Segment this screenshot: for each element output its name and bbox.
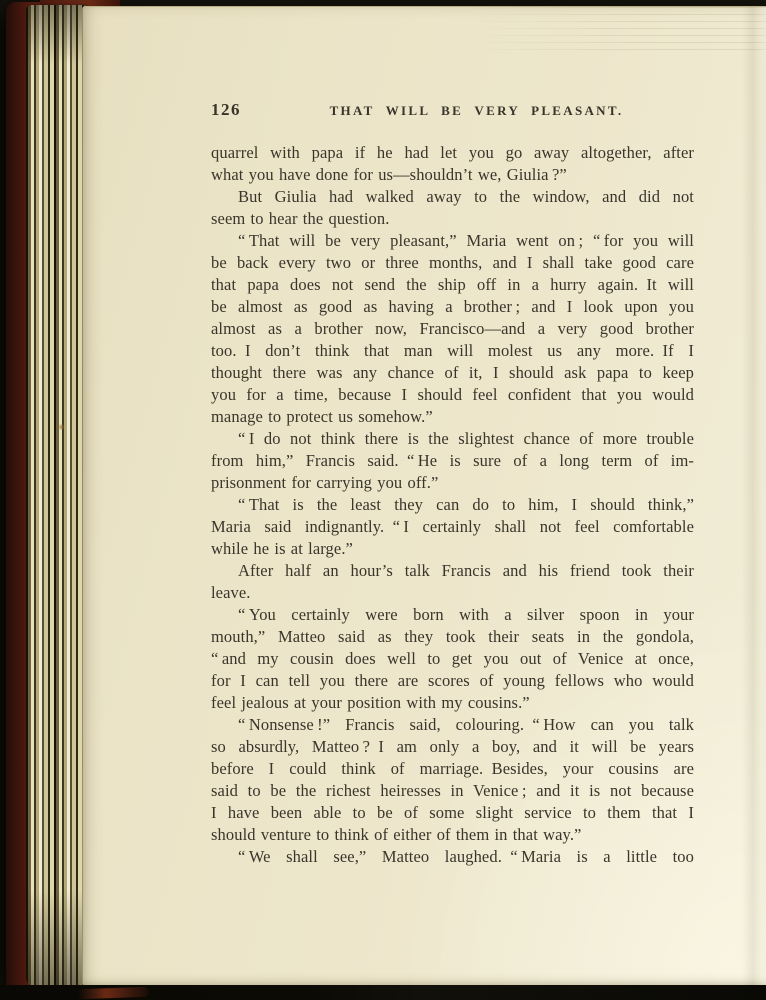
text-line: almost as a brother now, Francisco—and a… bbox=[211, 318, 694, 340]
text-line: mouth,” Matteo said as they took their s… bbox=[211, 626, 694, 648]
text-line: After half an hour’s talk Francis and hi… bbox=[211, 560, 694, 582]
text-line: Maria said indignantly. “ I certainly sh… bbox=[211, 516, 694, 538]
text-line: “ That is the least they can do to him, … bbox=[211, 494, 694, 516]
text-line: “ That will be very pleasant,” Maria wen… bbox=[211, 230, 694, 252]
text-line: “ We shall see,” Matteo laughed. “ Maria… bbox=[211, 846, 694, 868]
text-line: so absurdly, Matteo ? I am only a boy, a… bbox=[211, 736, 694, 758]
text-line: “ Nonsense !” Francis said, colouring. “… bbox=[211, 714, 694, 736]
text-line: “ You certainly were born with a silver … bbox=[211, 604, 694, 626]
text-line: too. I don’t think that man will molest … bbox=[211, 340, 694, 362]
text-line: for I can tell you there are scores of y… bbox=[211, 670, 694, 692]
text-line: thought there was any chance of it, I sh… bbox=[211, 362, 694, 384]
text-line: “ and my cousin does well to get you out… bbox=[211, 648, 694, 670]
page-number: 126 bbox=[211, 100, 259, 120]
text-line: that papa does not send the ship off in … bbox=[211, 274, 694, 296]
body-text: quarrel with papa if he had let you go a… bbox=[211, 142, 694, 868]
text-line: should venture to think of either of the… bbox=[211, 824, 694, 846]
text-line: “ I do not think there is the slightest … bbox=[211, 428, 694, 450]
text-line: feel jealous at your position with my co… bbox=[211, 692, 694, 714]
page-stain-speck bbox=[58, 424, 65, 430]
text-line: be back every two or three months, and I… bbox=[211, 252, 694, 274]
text-line: from him,” Francis said. “ He is sure of… bbox=[211, 450, 694, 472]
book-page: 126 THAT WILL BE VERY PLEASANT. quarrel … bbox=[82, 6, 766, 985]
page-header: 126 THAT WILL BE VERY PLEASANT. bbox=[211, 100, 694, 120]
text-line: you for a time, because I should feel co… bbox=[211, 384, 694, 406]
text-line: manage to protect us somehow.” bbox=[211, 406, 694, 428]
stacked-page-edges bbox=[26, 5, 86, 989]
text-line: before I could think of marriage. Beside… bbox=[211, 758, 694, 780]
text-line: while he is at large.” bbox=[211, 538, 694, 560]
text-line: quarrel with papa if he had let you go a… bbox=[211, 142, 694, 164]
text-line: prisonment for carrying you off.” bbox=[211, 472, 694, 494]
text-line: leave. bbox=[211, 582, 694, 604]
text-line: what you have done for us—shouldn’t we, … bbox=[211, 164, 694, 186]
text-line: I have been able to be of some slight se… bbox=[211, 802, 694, 824]
text-line: be almost as good as having a brother ; … bbox=[211, 296, 694, 318]
text-line: said to be the richest heiresses in Veni… bbox=[211, 780, 694, 802]
running-header: THAT WILL BE VERY PLEASANT. bbox=[259, 103, 694, 119]
text-line: seem to hear the question. bbox=[211, 208, 694, 230]
text-line: But Giulia had walked away to the window… bbox=[211, 186, 694, 208]
